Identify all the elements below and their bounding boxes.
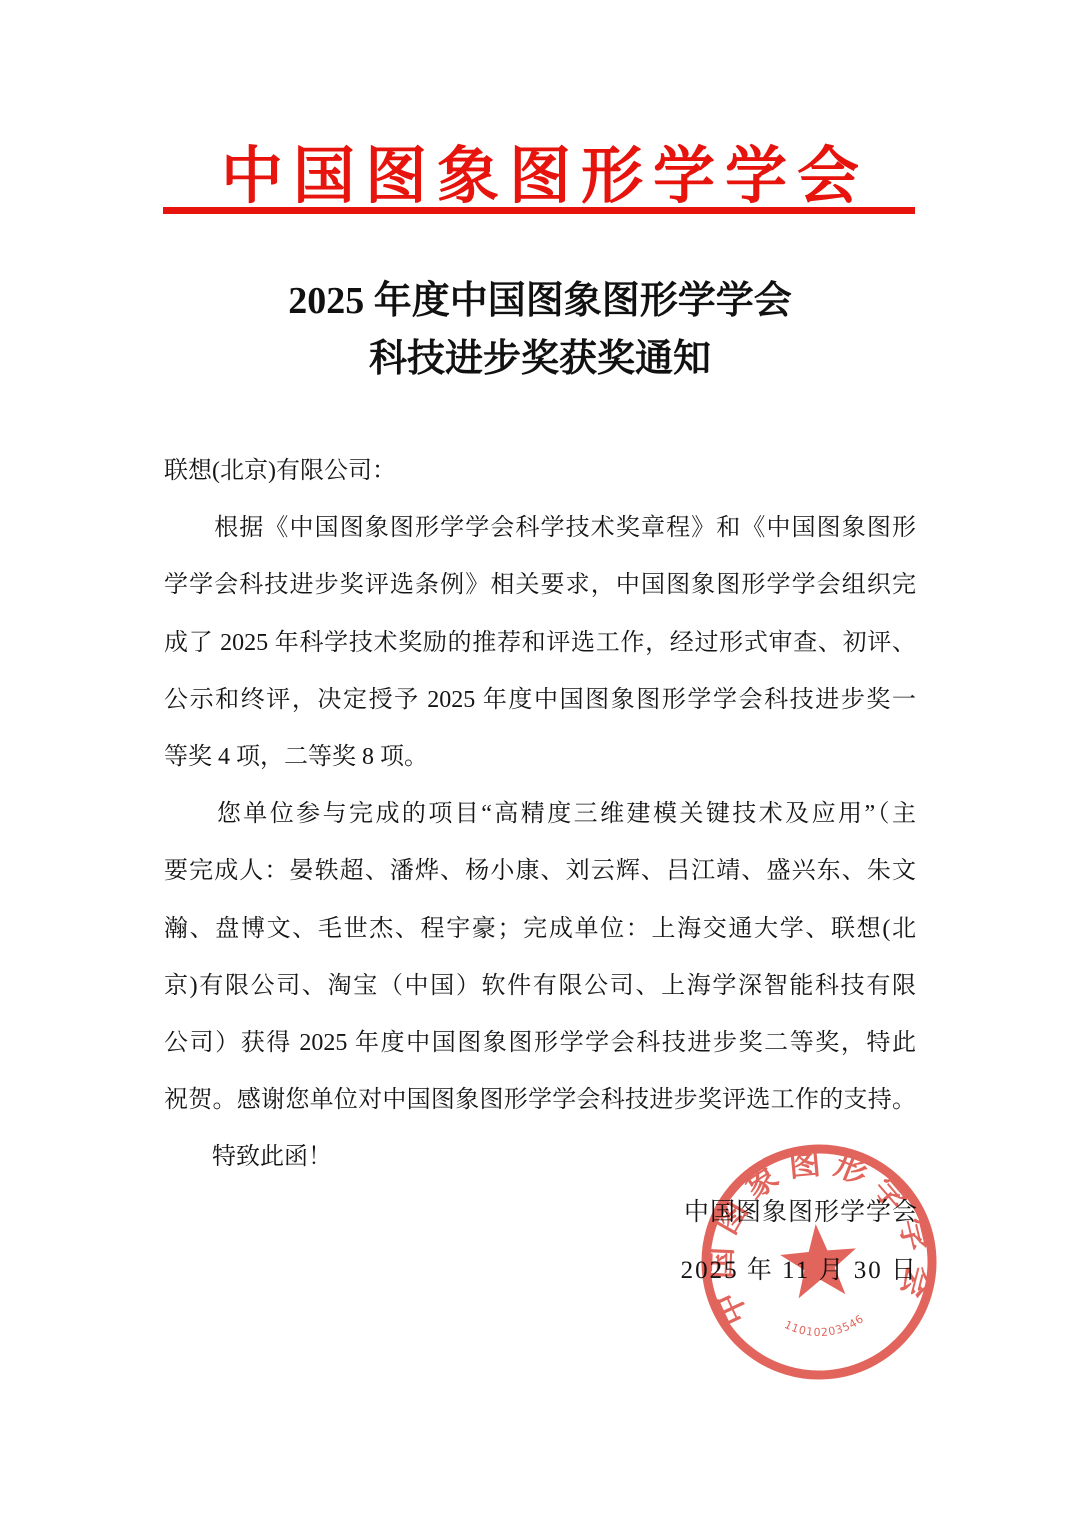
body-line: 成了 2025 年科学技术奖励的推荐和评选工作，经过形式审查、初评、 xyxy=(164,615,916,672)
notice-title-line2: 科技进步奖获奖通知 xyxy=(0,330,1080,388)
body-line: 您单位参与完成的项目“高精度三维建模关键技术及应用”（主 xyxy=(164,786,916,843)
letter-body: 联想(北京)有限公司： 根据《中国图象图形学学会科学技术奖章程》和《中国图象图形… xyxy=(164,443,916,1186)
body-line: 公示和终评，决定授予 2025 年度中国图象图形学学会科技进步奖一 xyxy=(164,672,916,729)
signature-org-name: 中国图象图形学学会 xyxy=(684,1192,918,1228)
body-line: 学学会科技进步奖评选条例》相关要求，中国图象图形学学会组织完 xyxy=(164,557,916,614)
body-line: 要完成人：晏轶超、潘烨、杨小康、刘云辉、吕江靖、盛兴东、朱文 xyxy=(164,843,916,900)
notice-title-line1: 2025 年度中国图象图形学学会 xyxy=(0,272,1080,330)
letter-page: 中国图象图形学学会 2025 年度中国图象图形学学会 科技进步奖获奖通知 联想(… xyxy=(0,0,1080,1528)
closing-line: 特致此函！ xyxy=(164,1129,916,1186)
letterhead-rule xyxy=(163,207,915,214)
letterhead-org-name: 中国图象图形学学会 xyxy=(0,126,1080,215)
body-line: 京)有限公司、淘宝（中国）软件有限公司、上海学深智能科技有限 xyxy=(164,958,916,1015)
salutation-line: 联想(北京)有限公司： xyxy=(164,443,916,500)
signature-date: 2025 年 11 月 30 日 xyxy=(681,1250,918,1286)
body-line: 公司）获得 2025 年度中国图象图形学学会科技进步奖二等奖，特此 xyxy=(164,1015,916,1072)
body-line: 根据《中国图象图形学学会科学技术奖章程》和《中国图象图形 xyxy=(164,500,916,557)
body-line: 祝贺。感谢您单位对中国图象图形学学会科技进步奖评选工作的支持。 xyxy=(164,1072,916,1129)
body-line: 等奖 4 项，二等奖 8 项。 xyxy=(164,729,916,786)
notice-title: 2025 年度中国图象图形学学会 科技进步奖获奖通知 xyxy=(0,272,1080,388)
body-line: 瀚、盘博文、毛世杰、程宇豪；完成单位：上海交通大学、联想(北 xyxy=(164,901,916,958)
